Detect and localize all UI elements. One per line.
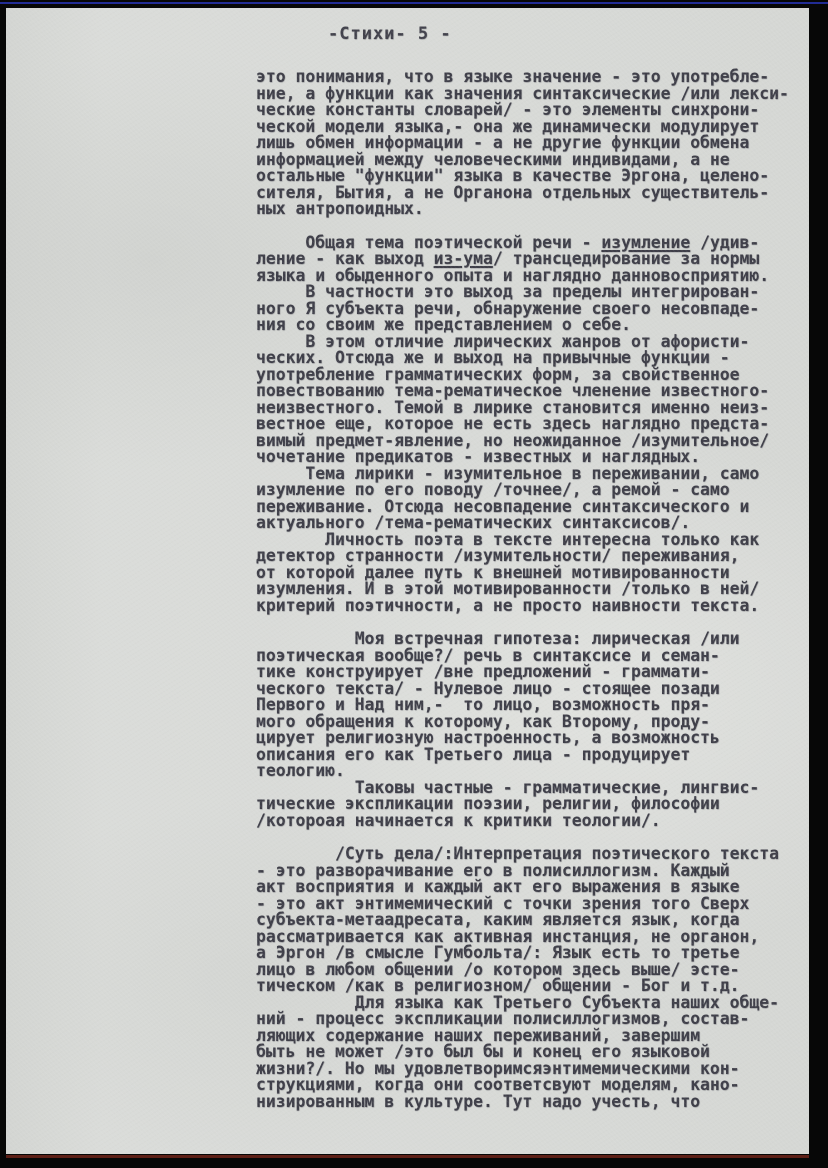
paragraphs-sut-dela: /Суть дела/:Интерпретация поэтического т… <box>256 846 828 1110</box>
paragraph-general-theme: Общая тема поэтической речи - изумление … <box>256 235 828 285</box>
paragraphs-lyric-theme: В частности это выход за пределы интегри… <box>256 284 828 614</box>
page-header-title: -Стихи- 5 - <box>328 24 452 44</box>
typed-text-column: это понимания, что в языке значение - эт… <box>256 69 828 1110</box>
scan-bottom-edge-line <box>6 1155 809 1158</box>
scan-top-edge-line <box>0 2 828 4</box>
paragraph-opening: это понимания, что в языке значение - эт… <box>256 69 828 218</box>
typescript-page: -Стихи- 5 - это понимания, что в языке з… <box>6 8 809 1154</box>
paragraphs-counter-hypothesis: Моя встречная гипотеза: лирическая /или … <box>256 631 828 829</box>
